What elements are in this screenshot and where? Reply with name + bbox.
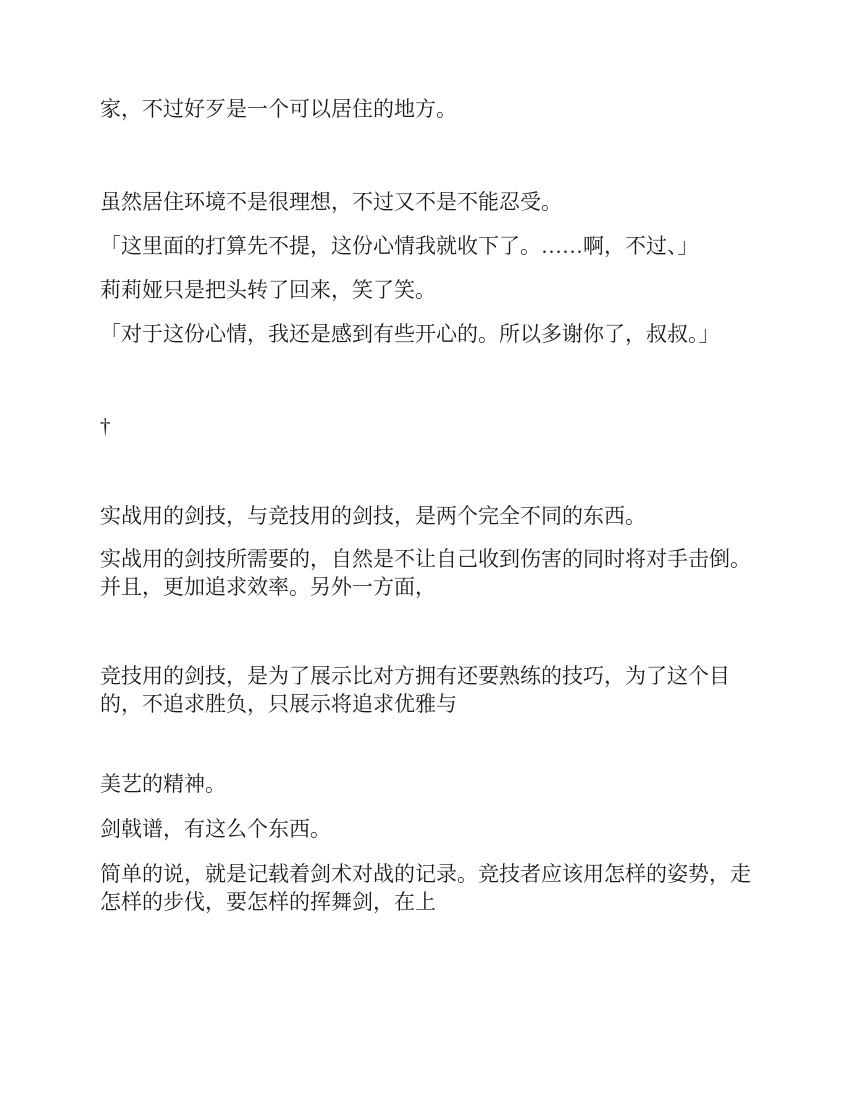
paragraph-narration-3: 莉莉娅只是把头转了回来，笑了笑。 [100,276,790,304]
paragraph-narration-4: 实战用的剑技，与竞技用的剑技，是两个完全不同的东西。 [100,502,790,530]
paragraph-dialogue-1: 「这里面的打算先不提，这份心情我就收下了。……啊，不过、」 [100,232,790,260]
ebook-page: 家，不过好歹是一个可以居住的地方。 虽然居住环境不是很理想，不过又不是不能忍受。… [0,0,850,1100]
paragraph-narration-7: 美艺的精神。 [100,770,790,798]
paragraph-narration-2: 虽然居住环境不是很理想，不过又不是不能忍受。 [100,188,790,216]
section-divider-dagger: † [100,412,790,440]
paragraph-narration-1: 家，不过好歹是一个可以居住的地方。 [100,95,790,123]
paragraph-dialogue-2: 「对于这份心情，我还是感到有些开心的。所以多谢你了，叔叔。」 [100,320,790,348]
paragraph-narration-9: 简单的说，就是记载着剑术对战的记录。竞技者应该用怎样的姿势，走 怎样的步伐，要怎… [100,860,790,916]
paragraph-narration-8: 剑戟谱，有这么个东西。 [100,815,790,843]
paragraph-narration-5: 实战用的剑技所需要的，自然是不让自己收到伤害的同时将对手击倒。 并且，更加追求效… [100,545,790,601]
paragraph-narration-6: 竞技用的剑技，是为了展示比对方拥有还要熟练的技巧，为了这个目 的，不追求胜负，只… [100,662,790,718]
